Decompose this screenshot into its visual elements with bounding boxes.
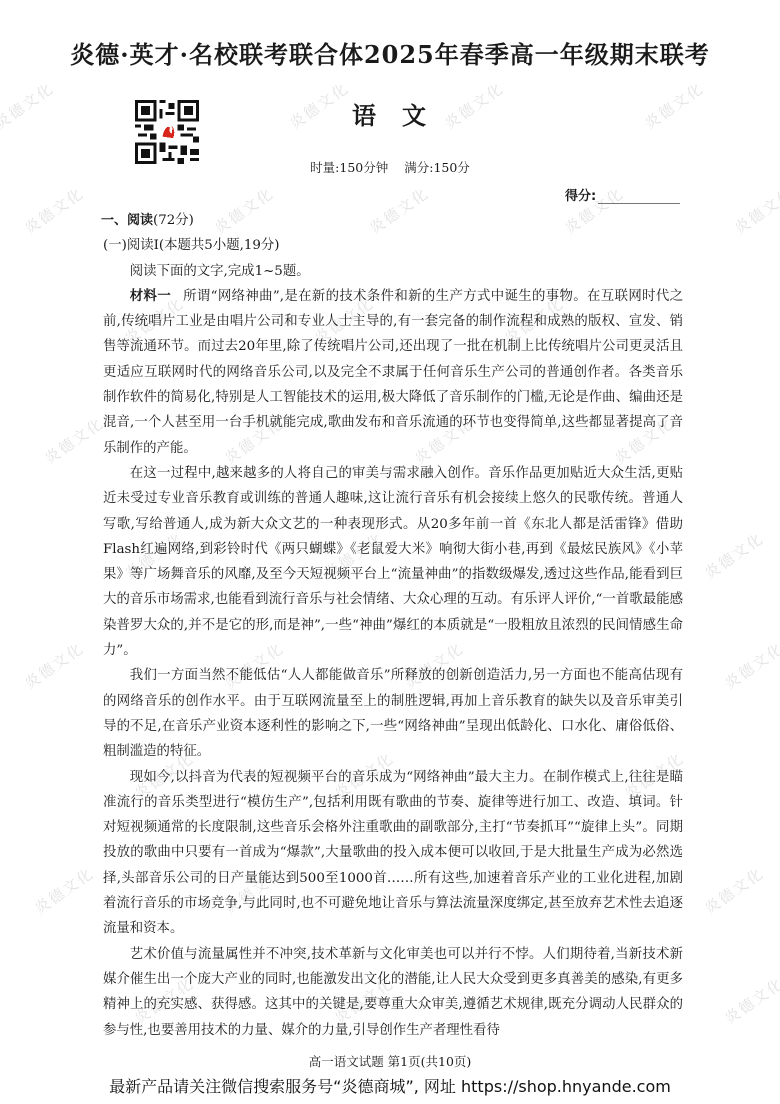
- instruction: 阅读下面的文字,完成1~5题。: [103, 259, 683, 284]
- qr-code-icon[interactable]: [135, 100, 199, 164]
- promo-banner: 最新产品请关注微信搜索服务号“炎德商城”, 网址 https://shop.hn…: [0, 1074, 780, 1097]
- page-footer: 高一语文试题 第1页(共10页): [0, 1052, 780, 1070]
- score-blank[interactable]: [598, 191, 680, 204]
- section-points: (72分): [153, 213, 194, 228]
- paragraph: 现如今,以抖音为代表的短视频平台的音乐成为“网络神曲”最大主力。在制作模式上,往…: [103, 765, 683, 942]
- material-label: 材料一: [130, 289, 171, 304]
- watermark: 炎德文化: [720, 637, 780, 693]
- watermark: 炎德文化: [20, 637, 88, 693]
- subsection-heading: (一)阅读Ⅰ(本题共5小题,19分): [103, 233, 683, 258]
- score-field: 得分:: [565, 185, 680, 204]
- paragraph: 艺术价值与流量属性并不冲突,技术革新与文化审美也可以并行不悖。人们期待着,当新技…: [103, 942, 683, 1043]
- watermark: 炎德文化: [30, 862, 98, 918]
- watermark: 炎德文化: [20, 182, 88, 238]
- section-label: 一、阅读: [101, 213, 153, 228]
- watermark: 炎德文化: [0, 77, 58, 133]
- subject-title: 语文: [352, 96, 452, 131]
- paragraph-text: 所谓“网络神曲”,是在新的技术条件和新的生产方式中诞生的事物。在互联网时代之前,…: [103, 289, 683, 456]
- watermark: 炎德文化: [285, 77, 353, 133]
- exam-title: 炎德·英才·名校联考联合体2025年春季高一年级期末联考: [0, 35, 780, 70]
- score-label: 得分:: [565, 189, 596, 204]
- section-heading: 一、阅读(72分): [101, 208, 683, 233]
- paragraph: 材料一所谓“网络神曲”,是在新的技术条件和新的生产方式中诞生的事物。在互联网时代…: [103, 284, 683, 461]
- watermark: 炎德文化: [640, 77, 708, 133]
- time-limit: 时量:150分钟: [310, 160, 388, 175]
- paragraph: 我们一方面当然不能低估“人人都能做音乐”所释放的创新创造活力,另一方面也不能高估…: [103, 663, 683, 764]
- watermark: 炎德文化: [40, 412, 108, 468]
- watermark: 炎德文化: [730, 182, 780, 238]
- watermark: 炎德文化: [700, 862, 768, 918]
- watermark: 炎德文化: [720, 972, 780, 1028]
- exam-meta: 时量:150分钟 满分:150分: [0, 158, 780, 176]
- watermark: 炎德文化: [700, 527, 768, 583]
- reading-content: 一、阅读(72分) (一)阅读Ⅰ(本题共5小题,19分) 阅读下面的文字,完成1…: [103, 208, 683, 1043]
- full-score: 满分:150分: [404, 160, 470, 175]
- paragraph: 在这一过程中,越来越多的人将自己的审美与需求融入创作。音乐作品更加贴近大众生活,…: [103, 461, 683, 663]
